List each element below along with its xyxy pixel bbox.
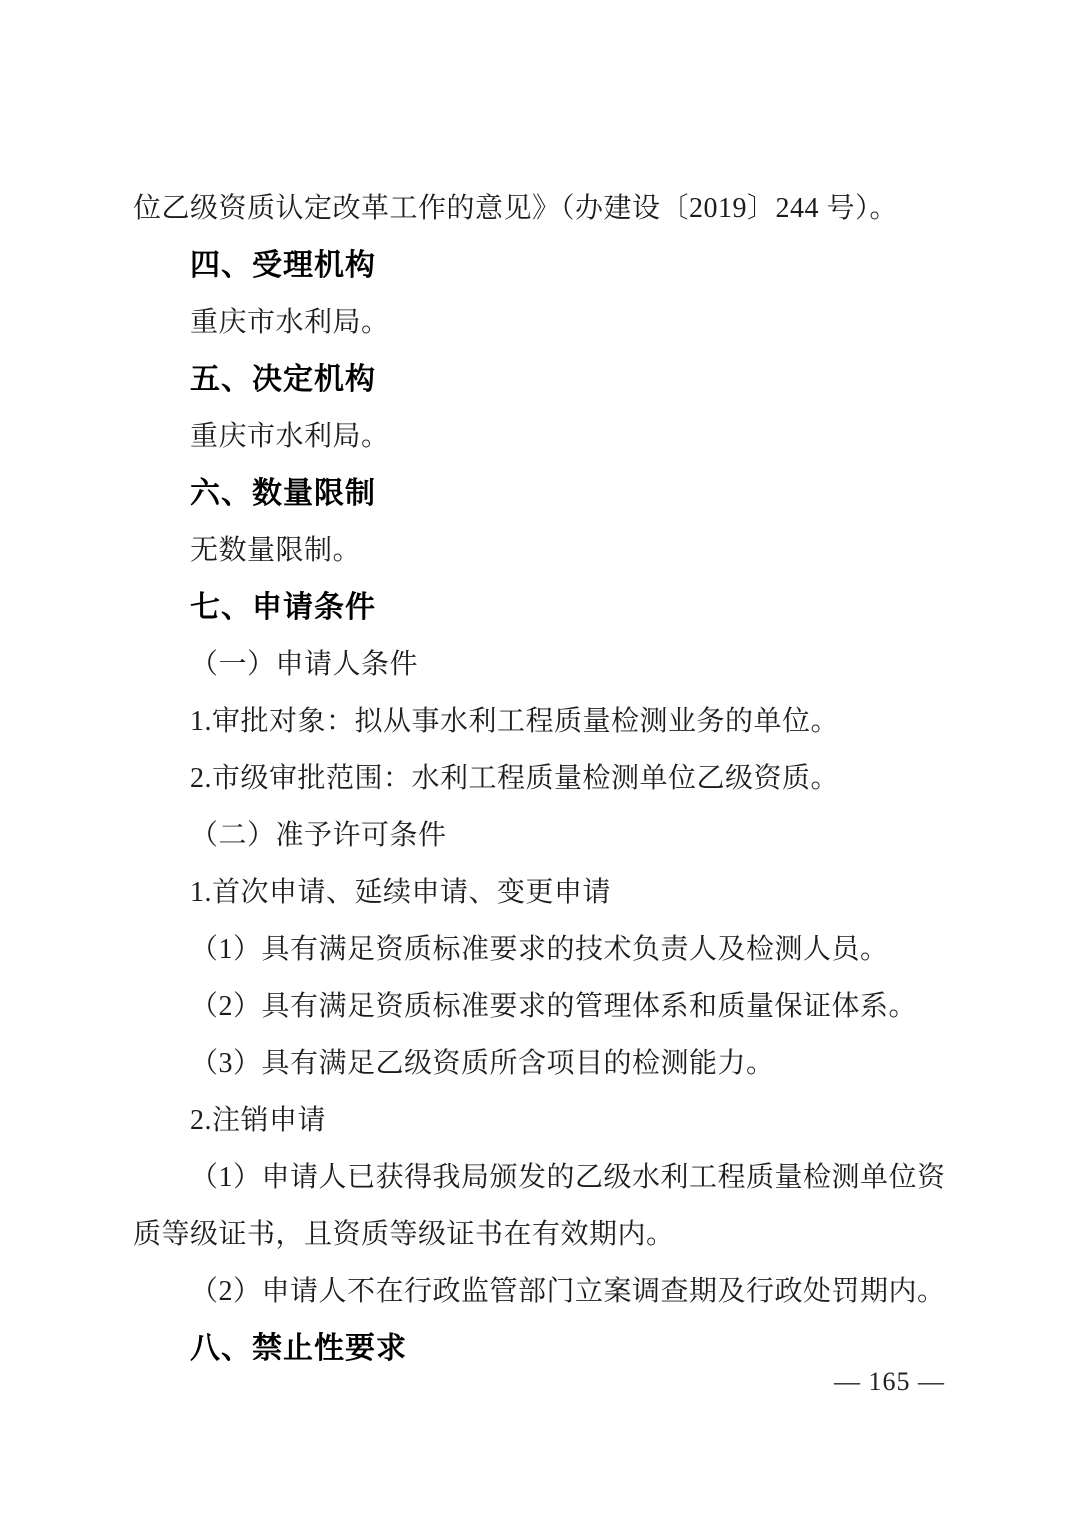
section-heading: 七、申请条件 [133, 579, 961, 636]
section-heading: 六、数量限制 [133, 465, 961, 522]
paragraph-line: （2）具有满足资质标准要求的管理体系和质量保证体系。 [133, 978, 961, 1035]
paragraph-line: 1.审批对象：拟从事水利工程质量检测业务的单位。 [133, 693, 961, 750]
section-heading: 五、决定机构 [133, 351, 961, 408]
paragraph-line: 重庆市水利局。 [133, 294, 961, 351]
paragraph-line: （二）准予许可条件 [133, 807, 961, 864]
paragraph-line: 无数量限制。 [133, 522, 961, 579]
paragraph-line: 重庆市水利局。 [133, 408, 961, 465]
document-page: 位乙级资质认定改革工作的意见》（办建设〔2019〕244 号）。四、受理机构重庆… [0, 0, 1074, 1520]
paragraph-line: 1.首次申请、延续申请、变更申请 [133, 864, 961, 921]
paragraph-line: （2）申请人不在行政监管部门立案调查期及行政处罚期内。 [133, 1263, 961, 1320]
section-heading: 四、受理机构 [133, 237, 961, 294]
document-body: 位乙级资质认定改革工作的意见》（办建设〔2019〕244 号）。四、受理机构重庆… [133, 180, 961, 1377]
paragraph-line: （3）具有满足乙级资质所含项目的检测能力。 [133, 1035, 961, 1092]
paragraph-line: （一）申请人条件 [133, 636, 961, 693]
paragraph-line: 位乙级资质认定改革工作的意见》（办建设〔2019〕244 号）。 [133, 180, 961, 237]
paragraph-line: 2.市级审批范围：水利工程质量检测单位乙级资质。 [133, 750, 961, 807]
paragraph-line: 质等级证书，且资质等级证书在有效期内。 [133, 1206, 961, 1263]
paragraph-line: （1）申请人已获得我局颁发的乙级水利工程质量检测单位资 [133, 1149, 961, 1206]
paragraph-line: 2.注销申请 [133, 1092, 961, 1149]
paragraph-line: （1）具有满足资质标准要求的技术负责人及检测人员。 [133, 921, 961, 978]
page-number: — 165 — [133, 1366, 945, 1398]
